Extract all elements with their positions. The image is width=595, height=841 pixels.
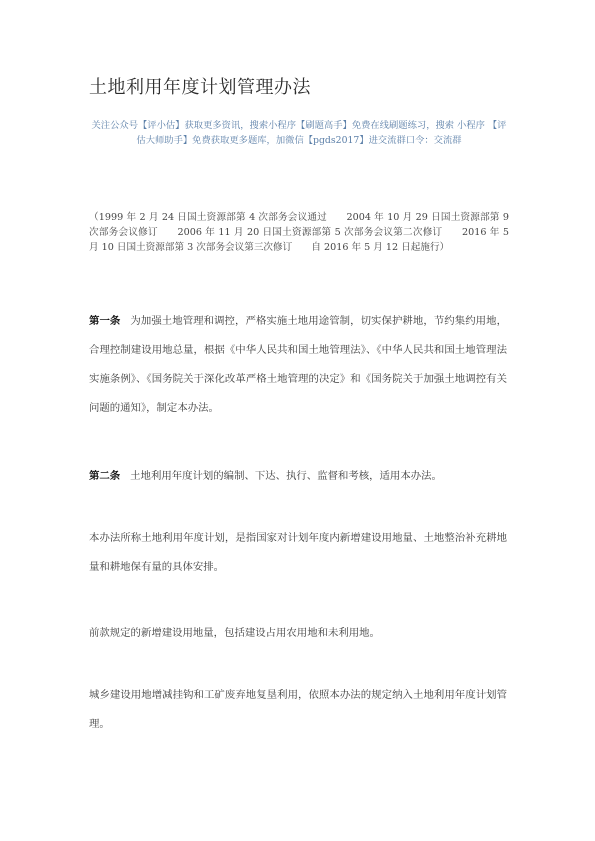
paragraph: 城乡建设用地增减挂钩和工矿废弃地复垦利用，依照本办法的规定纳入土地利用年度计划管… (89, 681, 507, 739)
history-note: （1999 年 2 月 24 日国土资源部第 4 次部务会议通过 2004 年 … (89, 210, 509, 255)
paragraph: 本办法所称土地利用年度计划，是指国家对计划年度内新增建设用地量、土地整治补充耕地… (89, 524, 507, 582)
paragraph: 前款规定的新增建设用地量，包括建设占用农用地和未利用地。 (89, 619, 507, 648)
article-number: 第一条 (89, 315, 120, 327)
article-text: 为加强土地管理和调控，严格实施土地用途管制，切实保护耕地，节约集约用地，合理控制… (89, 315, 507, 414)
article-text: 土地利用年度计划的编制、下达、执行、监督和考核，适用本办法。 (130, 470, 442, 482)
article-number: 第二条 (89, 470, 120, 482)
promo-notice: 关注公众号【评小估】获取更多资讯，搜索小程序【刷题高手】免费在线刷题练习，搜索 … (89, 118, 509, 148)
document-page: 土地利用年度计划管理办法 关注公众号【评小估】获取更多资讯，搜索小程序【刷题高手… (0, 0, 595, 841)
article-2: 第二条土地利用年度计划的编制、下达、执行、监督和考核，适用本办法。 (89, 462, 507, 491)
article-1: 第一条为加强土地管理和调控，严格实施土地用途管制，切实保护耕地，节约集约用地，合… (89, 307, 507, 423)
document-title: 土地利用年度计划管理办法 (89, 76, 311, 100)
